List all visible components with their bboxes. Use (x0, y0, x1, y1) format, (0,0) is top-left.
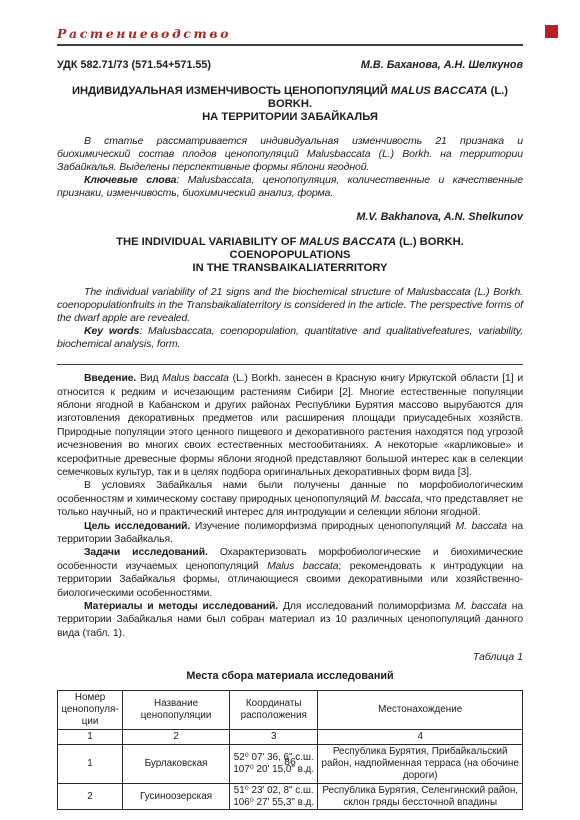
table-caption: Таблица 1 (57, 651, 523, 663)
collection-sites-table: Номер ценопопуля- ции Название ценопопул… (57, 690, 523, 810)
red-square-marker (545, 25, 558, 38)
column-number: 3 (230, 730, 318, 745)
paragraph-tasks: Задачи исследований. Охарактеризовать мо… (57, 546, 523, 600)
column-header-name: Название ценопопуляции (123, 691, 230, 730)
table-cell-name: Гусиноозерская (123, 783, 230, 810)
keywords-ru: Ключевые слова: Malusbaccata, ценопопуля… (57, 174, 523, 200)
authors-en: M.V. Bakhanova, A.N. Shelkunov (57, 211, 523, 223)
article-title-ru: ИНДИВИДУАЛЬНАЯ ИЗМЕНЧИВОСТЬ ЦЕНОПОПУЛЯЦИ… (57, 85, 523, 125)
abstract-en: The individual variability of 21 signs a… (57, 286, 523, 325)
page-number: 86 (0, 756, 580, 768)
article-body: Введение. Вид Malus baccata (L.) Borkh. … (57, 372, 523, 640)
title-en-line-1: THE INDIVIDUAL VARIABILITY OF MALUS BACC… (57, 236, 523, 262)
journal-section-label: Растениеводство (57, 26, 523, 41)
table-cell-number: 2 (58, 783, 123, 810)
journal-page: Растениеводство УДК 582.71/73 (571.54+57… (0, 0, 580, 810)
article-title-en: THE INDIVIDUAL VARIABILITY OF MALUS BACC… (57, 236, 523, 276)
paragraph-goal: Цель исследований. Изучение полиморфизма… (57, 520, 523, 547)
column-number: 2 (123, 730, 230, 745)
paragraph-materials-methods: Материалы и методы исследований. Для исс… (57, 600, 523, 640)
title-en-line-2: IN THE TRANSBAIKALIATERRITORY (57, 262, 523, 275)
column-header-location: Местонахождение (318, 691, 523, 730)
table-row: 2 Гусиноозерская 51⁰ 23' 02, 8" с.ш. 106… (58, 783, 523, 810)
title-ru-line-1: ИНДИВИДУАЛЬНАЯ ИЗМЕНЧИВОСТЬ ЦЕНОПОПУЛЯЦИ… (57, 85, 523, 111)
column-number: 1 (58, 730, 123, 745)
section-divider (57, 364, 523, 365)
paragraph-introduction: Введение. Вид Malus baccata (L.) Borkh. … (57, 372, 523, 479)
meta-row: УДК 582.71/73 (571.54+571.55) М.В. Бахан… (57, 59, 523, 71)
header-rule (57, 44, 523, 46)
table-column-number-row: 1 2 3 4 (58, 730, 523, 745)
column-header-number: Номер ценопопуля- ции (58, 691, 123, 730)
table-header-row: Номер ценопопуля- ции Название ценопопул… (58, 691, 523, 730)
column-header-coordinates: Координаты расположения (230, 691, 318, 730)
title-ru-line-2: НА ТЕРРИТОРИИ ЗАБАЙКАЛЬЯ (57, 111, 523, 124)
table-cell-coordinates: 51⁰ 23' 02, 8" с.ш. 106⁰ 27' 55,3" в.д. (230, 783, 318, 810)
abstract-ru: В статье рассматривается индивидуальная … (57, 135, 523, 174)
journal-header: Растениеводство (57, 26, 523, 46)
paragraph-context: В условиях Забайкалья нами были получены… (57, 479, 523, 519)
udc-code: УДК 582.71/73 (571.54+571.55) (57, 59, 211, 71)
authors-ru: М.В. Баханова, А.Н. Шелкунов (361, 59, 523, 71)
table-cell-location: Республика Бурятия, Селенгинский район, … (318, 783, 523, 810)
table-title: Места сбора материала исследований (57, 670, 523, 682)
column-number: 4 (318, 730, 523, 745)
keywords-en: Key words: Malusbaccata, coenopopulation… (57, 325, 523, 351)
